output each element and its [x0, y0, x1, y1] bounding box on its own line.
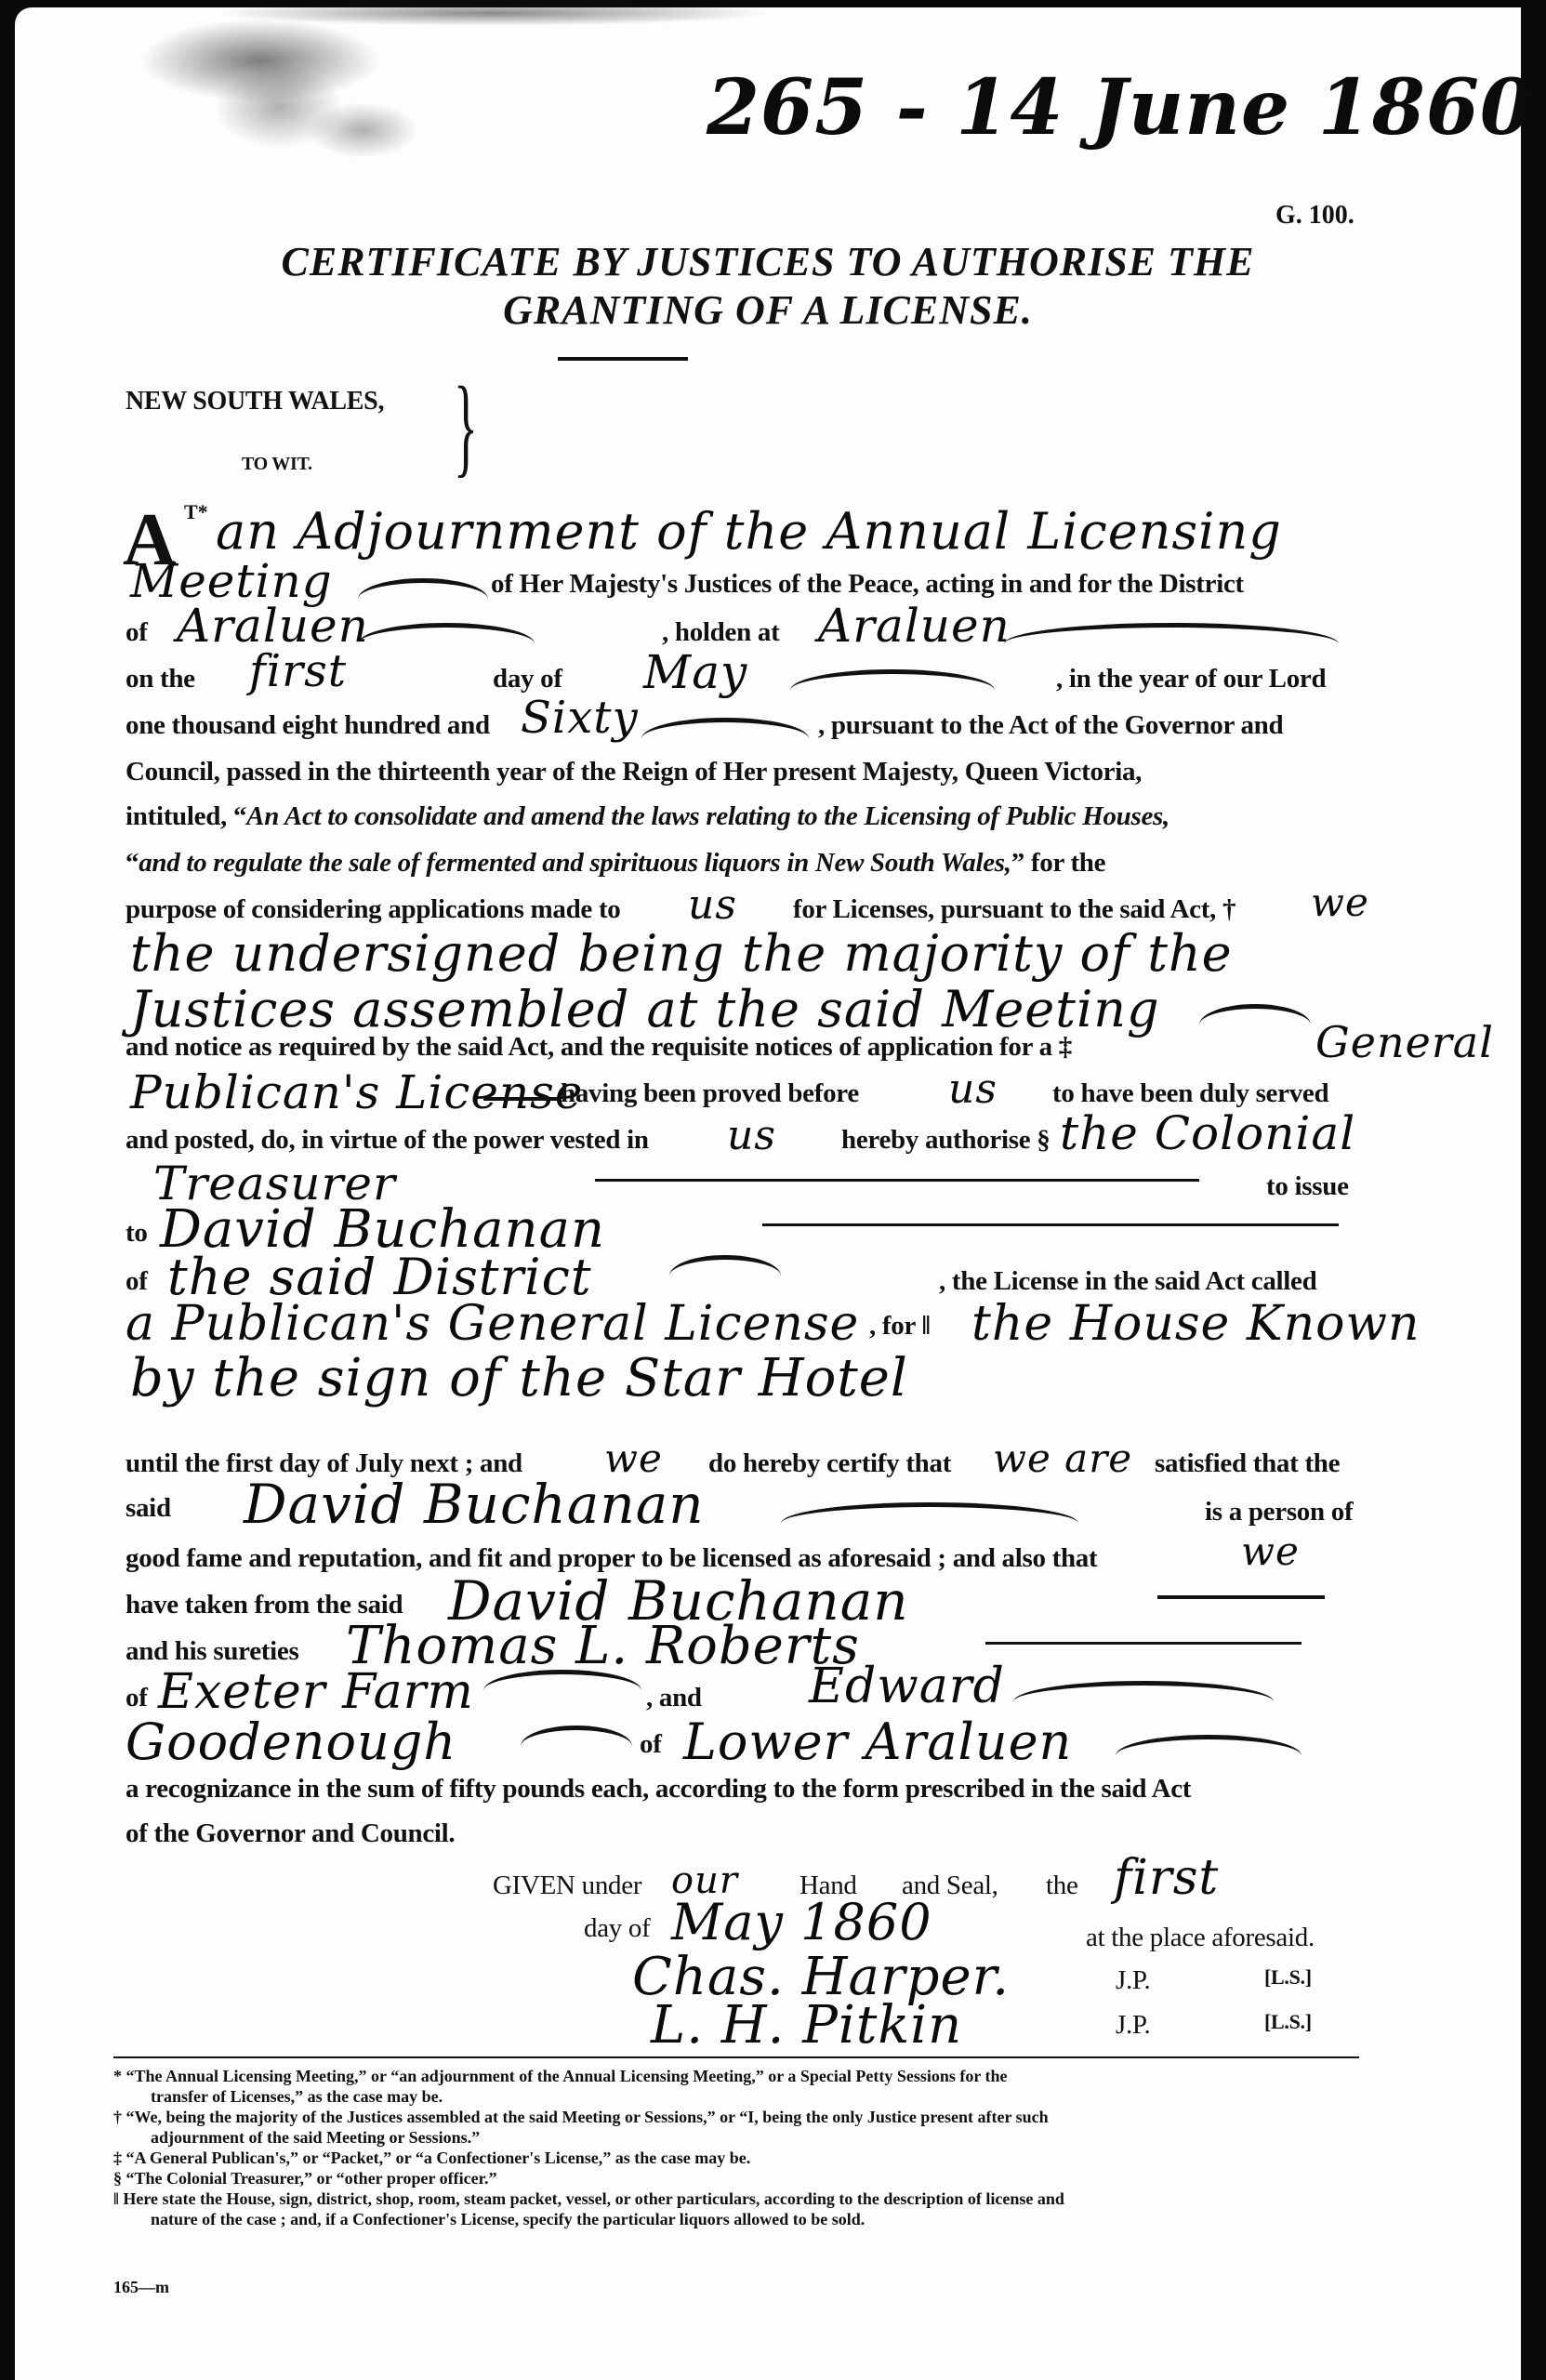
printed-line: and posted, do, in virtue of the power v…: [126, 1125, 649, 1156]
act-title: and to regulate the sale of fermented an…: [139, 848, 1011, 878]
printed-line: , and: [646, 1683, 702, 1713]
handwritten-license-type: Publican's License: [130, 1065, 583, 1119]
printed-line: for Licenses, pursuant to the said Act, …: [793, 894, 1235, 925]
printed-line: purpose of considering applications made…: [126, 894, 621, 925]
handwritten-license-type: General: [1315, 1017, 1494, 1067]
handwritten-license-type: a Publican's General License: [126, 1296, 859, 1352]
printed-line: , for ‖: [869, 1311, 931, 1342]
signature-jp-2: L. H. Pitkin: [651, 1995, 962, 2056]
handwritten-officer: the Colonial: [1060, 1106, 1355, 1160]
place-label: at the place aforesaid.: [1086, 1923, 1315, 1953]
handwritten-entry: Justices assembled at the said Meeting: [130, 980, 1160, 1038]
printed-line: to have been duly served: [1052, 1078, 1328, 1109]
pen-flourish: [1116, 1735, 1302, 1777]
pen-line: [762, 1223, 1339, 1226]
footnote-text: Here state the House, sign, district, sh…: [123, 2189, 1064, 2208]
printed-line: and notice as required by the said Act, …: [126, 1032, 1072, 1063]
footnote-mark: †: [113, 2108, 122, 2126]
handwritten-entry: us: [688, 881, 737, 929]
printed-line: of: [126, 1683, 148, 1713]
printed-line: hereby authorise §: [841, 1125, 1050, 1156]
pen-flourish: [641, 718, 809, 760]
printed-line: of: [640, 1729, 662, 1760]
footnote-mark: §: [113, 2169, 122, 2188]
pen-line: [1157, 1595, 1325, 1599]
footnote-text: “A General Publican's,” or “Packet,” or …: [126, 2149, 751, 2167]
printed-line: said: [126, 1493, 171, 1524]
handwritten-day: first: [249, 645, 347, 697]
footnote-continuation: nature of the case ; and, if a Confectio…: [113, 2209, 1359, 2229]
printed-line: , pursuant to the Act of the Governor an…: [818, 710, 1283, 741]
printed-line: “and to regulate the sale of fermented a…: [126, 848, 1105, 879]
header-annotation: 265 - 14 June 1860: [707, 63, 1534, 152]
ink-smudge: [307, 102, 418, 158]
pen-flourish: [521, 1725, 632, 1767]
given-label: GIVEN under: [493, 1871, 641, 1901]
pen-flourish: [781, 1502, 1078, 1544]
footnote-rule: [113, 2056, 1359, 2058]
jurisdiction: NEW SOUTH WALES,: [126, 387, 384, 416]
pen-flourish: [1199, 1004, 1311, 1046]
form-number: G. 100.: [1275, 201, 1354, 231]
printed-line: , in the year of our Lord: [1056, 664, 1326, 694]
printed-line: , holden at: [662, 617, 779, 648]
handwritten-day: first: [1114, 1850, 1219, 1906]
footnote-mark: ‡: [113, 2149, 122, 2167]
printed-text: ” for the: [1011, 848, 1105, 878]
printed-line: intituled, “An Act to consolidate and am…: [126, 801, 1169, 832]
printed-line: do hereby certify that: [708, 1448, 951, 1479]
printed-line: of: [126, 1266, 148, 1297]
handwritten-surety-address: Lower Araluen: [683, 1712, 1072, 1771]
printed-text: intituled, “: [126, 801, 246, 831]
seal-mark: [L.S.]: [1264, 2010, 1312, 2034]
footnote-text: “We, being the majority of the Justices …: [126, 2108, 1049, 2126]
handwritten-entry: us: [727, 1112, 776, 1159]
printed-line: having been proved before: [561, 1078, 859, 1109]
handwritten-entry: we: [1311, 879, 1369, 925]
printed-text: “: [126, 848, 139, 878]
printed-line: satisfied that the: [1155, 1448, 1340, 1479]
brace: }: [454, 370, 478, 482]
pen-line: [483, 1097, 558, 1101]
document-title-line2: GRANTING OF A LICENSE.: [15, 286, 1521, 334]
footnote-text: “The Annual Licensing Meeting,” or “an a…: [126, 2067, 1008, 2085]
seal-mark: [L.S.]: [1264, 1965, 1312, 1990]
printed-line: and his sureties: [126, 1636, 298, 1667]
pen-flourish: [358, 623, 535, 665]
footnote-mark: ‖: [113, 2189, 119, 2208]
handwritten-year: Sixty: [521, 692, 639, 744]
handwritten-premises: by the sign of the Star Hotel: [130, 1348, 908, 1408]
handwritten-entry: us: [948, 1065, 998, 1113]
pen-flourish: [790, 669, 995, 711]
handwritten-entry: we: [1241, 1528, 1300, 1574]
printed-line: of: [126, 617, 148, 648]
handwritten-entry: an Adjournment of the Annual Licensing: [216, 502, 1282, 561]
handwritten-entry: we are: [993, 1435, 1132, 1481]
day-of-label: day of: [584, 1913, 650, 1944]
handwritten-surety: Goodenough: [126, 1712, 456, 1771]
handwritten-licensee-name: David Buchanan: [244, 1473, 705, 1536]
footnotes: * “The Annual Licensing Meeting,” or “an…: [113, 2066, 1359, 2229]
handwritten-month: May: [643, 645, 747, 699]
footnote-item: † “We, being the majority of the Justice…: [113, 2107, 1359, 2127]
ink-smudge: [214, 0, 772, 26]
printed-line: on the: [126, 664, 195, 694]
handwritten-premises: the House Known: [971, 1296, 1420, 1352]
footnote-item: ‡ “A General Publican's,” or “Packet,” o…: [113, 2148, 1359, 2168]
printed-line: to: [126, 1218, 148, 1249]
footnote-text: “The Colonial Treasurer,” or “other prop…: [126, 2169, 497, 2188]
pen-flourish: [358, 578, 488, 620]
pen-line: [595, 1179, 1199, 1182]
printed-line: Council, passed in the thirteenth year o…: [126, 757, 1142, 787]
footnote-continuation: adjournment of the said Meeting or Sessi…: [113, 2127, 1359, 2148]
pen-flourish: [1004, 623, 1339, 665]
pen-flourish: [669, 1255, 781, 1297]
given-label: the: [1046, 1871, 1078, 1901]
printed-line: a recognizance in the sum of fifty pound…: [126, 1774, 1191, 1805]
handwritten-surety: Edward: [809, 1659, 1005, 1714]
act-title: An Act to consolidate and amend the laws…: [246, 801, 1169, 831]
handwritten-place: Araluen: [818, 599, 1011, 653]
printed-line: , the License in the said Act called: [939, 1266, 1316, 1297]
footnote-item: § “The Colonial Treasurer,” or “other pr…: [113, 2168, 1359, 2188]
document-title-line1: CERTIFICATE BY JUSTICES TO AUTHORISE THE: [15, 238, 1521, 285]
printer-mark: 165—m: [113, 2278, 169, 2297]
title-rule: [558, 357, 688, 361]
footnote-item: * “The Annual Licensing Meeting,” or “an…: [113, 2066, 1359, 2086]
printed-line: of the Governor and Council.: [126, 1818, 455, 1849]
handwritten-surety-address: Exeter Farm: [158, 1664, 474, 1720]
printed-line: day of: [493, 664, 562, 694]
footnote-continuation: transfer of Licenses,” as the case may b…: [113, 2086, 1359, 2107]
printed-line: of Her Majesty's Justices of the Peace, …: [491, 569, 1244, 600]
printed-line: one thousand eight hundred and: [126, 710, 490, 741]
pen-flourish: [483, 1670, 641, 1712]
printed-line: is a person of: [1205, 1497, 1353, 1527]
handwritten-date: May 1860: [671, 1893, 932, 1951]
handwritten-entry: the undersigned being the majority of th…: [130, 924, 1233, 983]
pen-line: [985, 1642, 1302, 1645]
footnote-mark: *: [113, 2067, 122, 2085]
scan-border-right: [1521, 0, 1546, 2380]
jp-title: J.P.: [1116, 2010, 1151, 2041]
drop-cap-suffix: T*: [184, 500, 208, 524]
footnote-item: ‖ Here state the House, sign, district, …: [113, 2188, 1359, 2209]
jp-title: J.P.: [1116, 1965, 1151, 1996]
printed-line: to issue: [1266, 1171, 1349, 1202]
to-wit: TO WIT.: [242, 454, 312, 475]
